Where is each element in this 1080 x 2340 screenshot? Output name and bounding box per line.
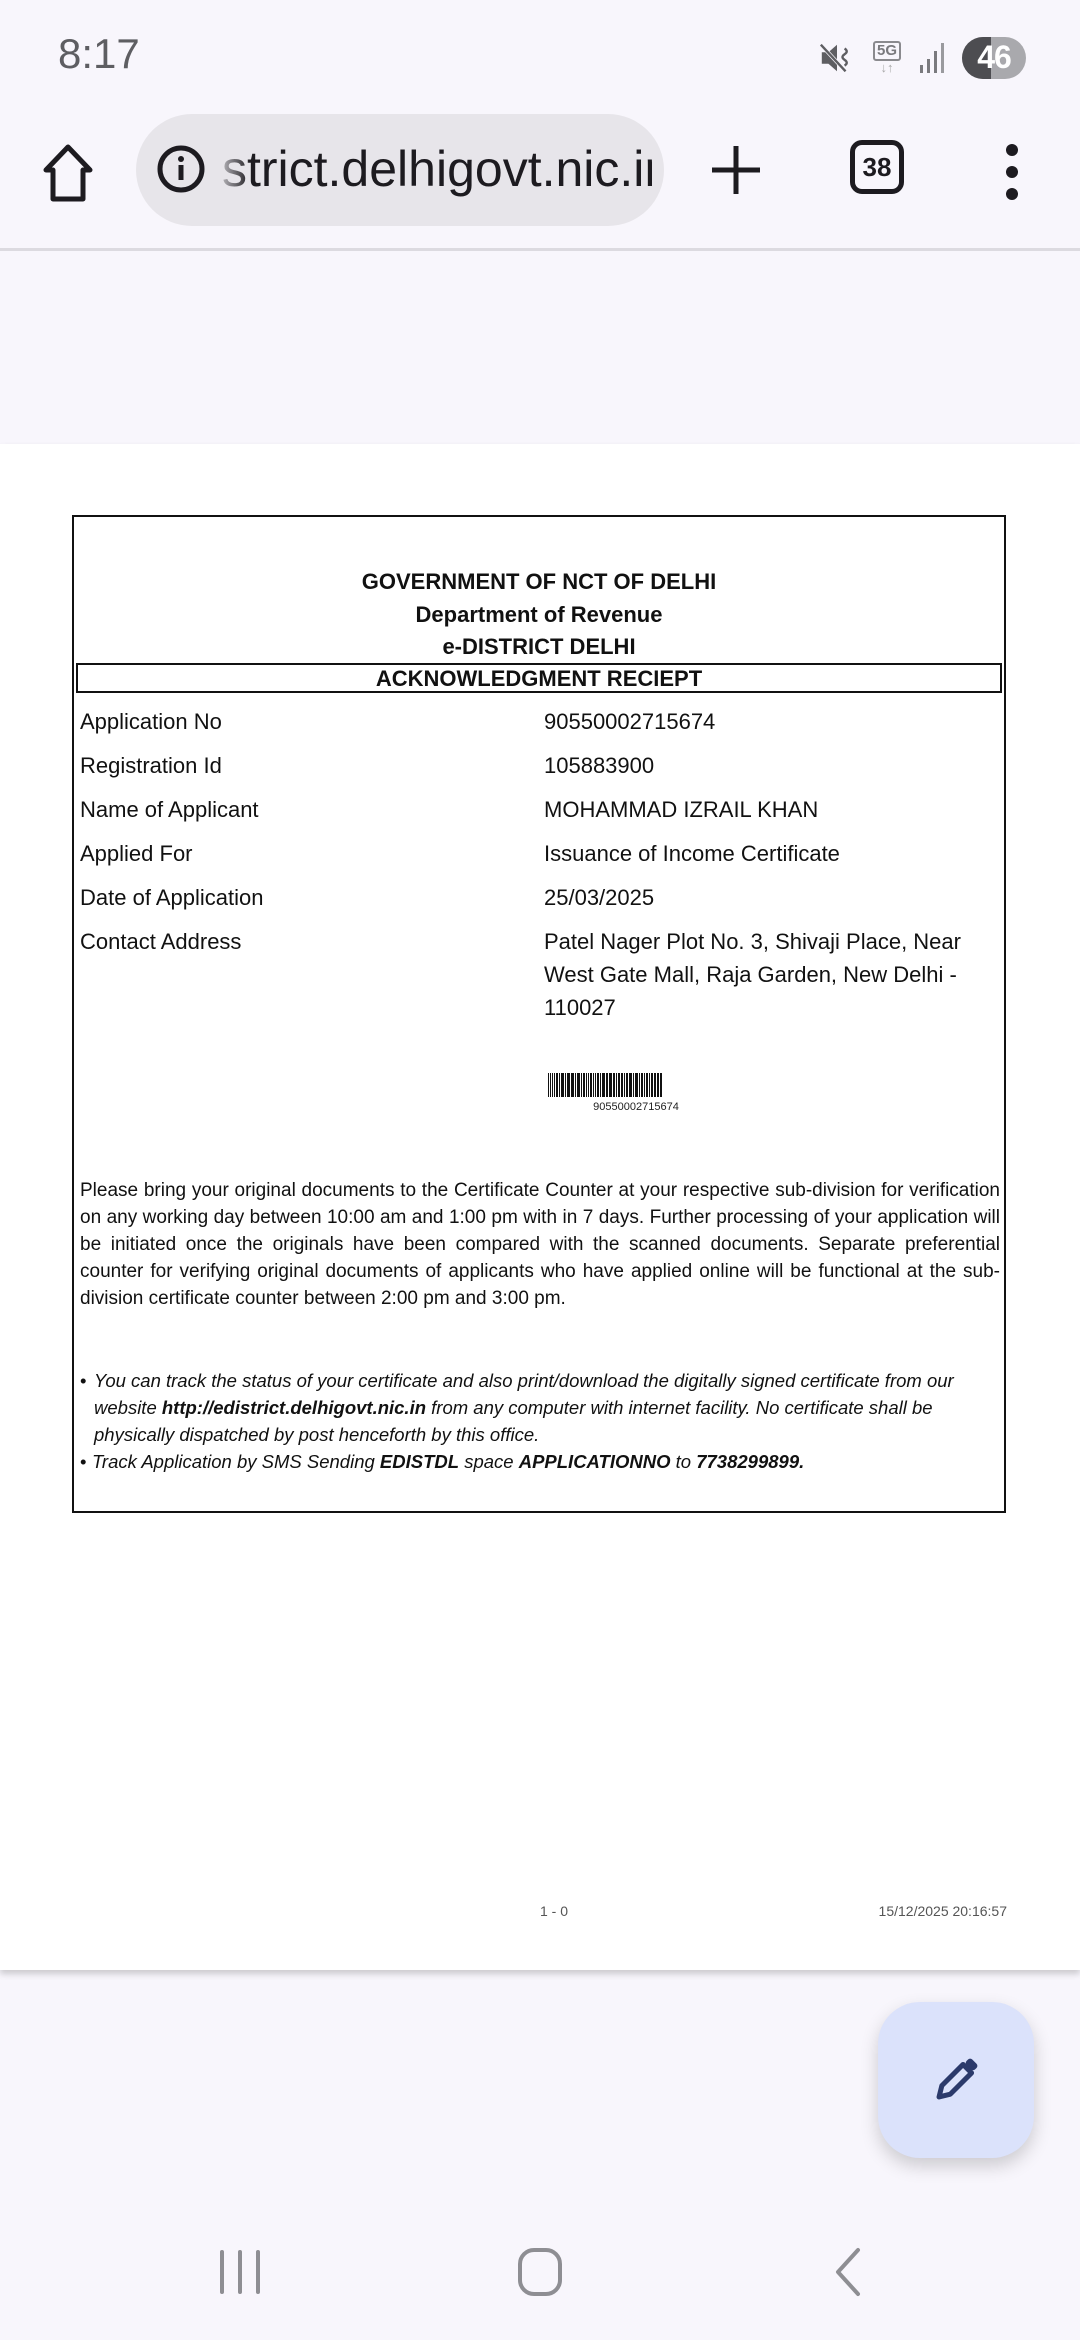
tab-switcher-button[interactable]: 38	[850, 140, 904, 194]
verification-notice: Please bring your original documents to …	[80, 1177, 1000, 1312]
edit-pencil-icon	[928, 2052, 984, 2108]
field-label: Application No	[80, 705, 544, 738]
signal-icon	[918, 41, 948, 75]
applied-for-value: Issuance of Income Certificate	[544, 837, 984, 870]
application-no-value: 90550002715674	[544, 705, 984, 738]
home-circle-icon[interactable]	[510, 2244, 570, 2300]
home-icon[interactable]	[40, 142, 96, 204]
acknowledgment-receipt: GOVERNMENT OF NCT OF DELHI Department of…	[72, 515, 1006, 1513]
applicant-name-value: MOHAMMAD IZRAIL KHAN	[544, 793, 984, 826]
barcode-image	[548, 1073, 724, 1097]
browser-toolbar: strict.delhigovt.nic.in 38	[0, 110, 1080, 251]
receipt-title: ACKNOWLEDGMENT RECIEPT	[76, 663, 1002, 693]
bullet-track-sms: Track Application by SMS Sending EDISTDL…	[80, 1448, 1000, 1475]
tab-count: 38	[863, 152, 892, 183]
print-timestamp: 15/12/2025 20:16:57	[879, 1903, 1007, 1919]
detail-row: Contact Address Patel Nager Plot No. 3, …	[80, 925, 1000, 1024]
sms-number: 7738299899.	[696, 1451, 804, 1472]
registration-id-value: 105883900	[544, 749, 984, 782]
status-bar: 8:17 5G ↓↑ 46	[0, 0, 1080, 110]
back-icon[interactable]	[814, 2244, 874, 2300]
status-icons: 5G ↓↑ 46	[818, 34, 1026, 82]
field-label: Date of Application	[80, 881, 544, 914]
field-label: Applied For	[80, 837, 544, 870]
document-page: GOVERNMENT OF NCT OF DELHI Department of…	[0, 444, 1080, 1970]
contact-address-value: Patel Nager Plot No. 3, Shivaji Place, N…	[544, 925, 984, 1024]
5g-icon: 5G ↓↑	[870, 41, 904, 75]
header-department: Department of Revenue	[74, 602, 1004, 628]
detail-row: Name of Applicant MOHAMMAD IZRAIL KHAN	[80, 793, 1000, 826]
detail-row: Registration Id 105883900	[80, 749, 1000, 782]
url-text[interactable]: strict.delhigovt.nic.in	[222, 140, 652, 198]
recent-apps-icon[interactable]	[210, 2244, 270, 2300]
receipt-details: Application No 90550002715674 Registrati…	[80, 705, 1000, 1035]
bullet-track-website: You can track the status of your certifi…	[80, 1367, 1000, 1448]
detail-row: Date of Application 25/03/2025	[80, 881, 1000, 914]
edit-fab-button[interactable]	[878, 2002, 1034, 2158]
battery-icon: 46	[962, 37, 1026, 79]
header-edistrict: e-DISTRICT DELHI	[74, 634, 1004, 660]
field-label: Registration Id	[80, 749, 544, 782]
url-bar[interactable]: strict.delhigovt.nic.in	[136, 114, 664, 226]
plus-icon[interactable]	[710, 144, 762, 196]
detail-row: Applied For Issuance of Income Certifica…	[80, 837, 1000, 870]
date-of-application-value: 25/03/2025	[544, 881, 984, 914]
page-number: 1 - 0	[540, 1903, 568, 1919]
page-top-margin	[0, 251, 1080, 444]
field-label: Contact Address	[80, 925, 544, 1024]
info-icon[interactable]	[156, 144, 206, 194]
website-link[interactable]: http://edistrict.delhigovt.nic.in	[162, 1397, 426, 1418]
detail-row: Application No 90550002715674	[80, 705, 1000, 738]
status-time: 8:17	[58, 30, 140, 78]
header-government: GOVERNMENT OF NCT OF DELHI	[74, 569, 1004, 595]
barcode-number: 90550002715674	[548, 1101, 724, 1113]
tracking-info: You can track the status of your certifi…	[80, 1367, 1000, 1475]
system-nav-bar	[0, 2200, 1080, 2340]
more-vert-icon[interactable]	[998, 142, 1026, 202]
field-label: Name of Applicant	[80, 793, 544, 826]
mute-icon	[818, 39, 856, 77]
